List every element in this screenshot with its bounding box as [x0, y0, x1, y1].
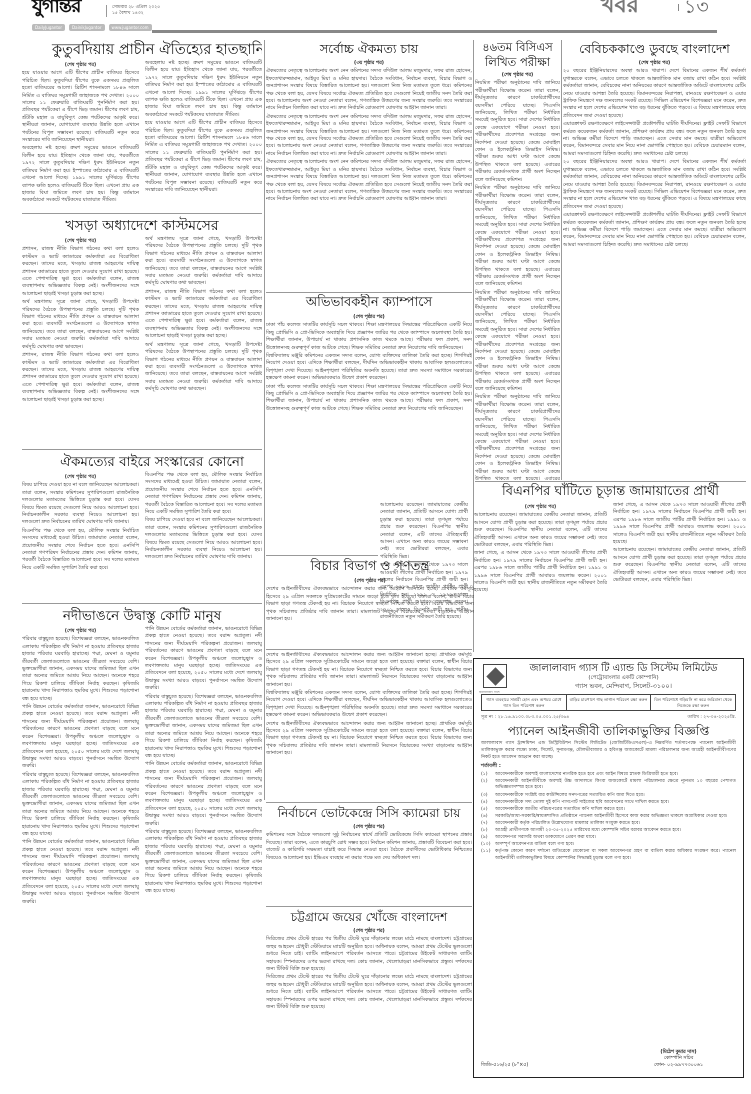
condition-item: (৯)আবেদনপত্র সরাসরি অথবা ডাকযোগে প্রেরণ …	[481, 835, 736, 842]
condition-item: (৪)আবেদনকারীকে সদ্য তোলা দুই কপি পাসপোর্…	[481, 800, 736, 807]
article-headline[interactable]: কুতুবদিয়ায় প্রাচীন ঐতিহ্যের হাতছানি	[22, 40, 262, 60]
article-column: (শেষ পৃষ্ঠার পর) বিষয় চাপিয়ে দেওয়া হব…	[22, 472, 139, 573]
article-kutubdia: কুতুবদিয়ায় প্রাচীন ঐতিহ্যের হাতছানি (শ…	[22, 40, 262, 212]
signature-block: (মিঠেশ কুমার দাস) কোম্পানি সচিব ফোন- ০২-…	[654, 1050, 703, 1070]
slogan: গ্যাস ব্যবহারে সাশ্রয়ী হোন এবং অপচয় রো…	[482, 695, 567, 710]
article-column: ঐকমত্যের নেতৃত্বে আলোচনায় অংশ নেন কমিশন…	[266, 68, 472, 204]
company-address: গ্যাস ভবন, মেন্দিবাগ, সিলেট-৩১০০।	[481, 682, 736, 691]
ad-code: জিডি-৫১৬/২৫ (৮"×৫)	[481, 1062, 528, 1069]
slogan-strip: গ্যাস ব্যবহারে সাশ্রয়ী হোন এবং অপচয় রো…	[481, 694, 736, 711]
jump-line: (শেষ পৃষ্ঠার পর)	[474, 504, 607, 511]
condition-item: (৭)আবেদনকারী কর্তৃক পরিচালিত উল্লেখযোগ্য…	[481, 821, 736, 828]
article-column: জানা গেছে, এ আসন থেকে ১৯৭৩ সালে আওয়ামী …	[613, 502, 746, 623]
jump-line: (শেষ পৃষ্ঠার পর)	[266, 314, 472, 321]
article-highest-consensus: সর্বোচ্চ ঐকমত্য চায় (৩য় পৃষ্ঠার পর) ঐক…	[266, 40, 472, 292]
column-divider	[264, 40, 265, 800]
date-block: সোমবার ২৮ এপ্রিল ২০২৫ ১৫ বৈশাখ ১৪৩২	[106, 5, 160, 17]
article-column: অবহেলায় নষ্ট হচ্ছে। ক্রমশ সমুদ্রের ভাঙন…	[145, 60, 262, 206]
article-judiciary-democracy: বিচার বিভাগ ও গণতন্ত্র (শেষ পৃষ্ঠার পর) …	[266, 558, 474, 648]
logo-caption: জালালাবাদ গ্যাস	[479, 689, 500, 696]
article-divider	[266, 292, 472, 293]
article-column: ঢাকা পাঁচ কলেজ সাতটির কার্যসূচি সচল থাকব…	[266, 322, 472, 413]
jump-line: (শেষ পৃষ্ঠার পর)	[22, 474, 139, 481]
jump-line: (৩য় পৃষ্ঠার পর)	[266, 60, 472, 67]
conditions-list: (১)আবেদনকারীকে অবশ্যই বাংলাদেশের নাগরিক …	[481, 772, 736, 863]
condition-item: (৩)আবেদনকারীকে সংশ্লিষ্ট বার কাউন্সিলের …	[481, 793, 736, 800]
article-headline[interactable]: চট্টগ্রামে জয়ের খোঁজে বাংলাদেশ	[266, 909, 472, 926]
condition-item: (৬)সরকারি/আধা-সরকারি/স্বায়ত্তশাসিত প্রত…	[481, 814, 736, 821]
article-headline[interactable]: বেবিচককাণ্ডে ডুবছে বাংলাদেশ	[563, 40, 746, 58]
header-rule	[152, 30, 717, 33]
article-headline[interactable]: বিএনপির ঘাঁটিতে চূড়ান্ত জামায়াতের প্রা…	[380, 482, 746, 502]
article-column: কমিশনের সঙ্গে বৈঠকে দলগুলো সুষ্ঠু নির্বা…	[266, 832, 472, 862]
jump-line: (শেষ পৃষ্ঠার পর)	[266, 928, 472, 935]
jump-line: (শেষ পৃষ্ঠার পর)	[563, 60, 746, 67]
article-headline[interactable]: সর্বোচ্চ ঐকমত্য চায়	[266, 40, 472, 58]
article-divider	[266, 649, 472, 650]
company-name: জালালাবাদ গ্যাস টি এ্যান্ড ডি সিস্টেম লি…	[481, 663, 736, 675]
article-divider	[22, 449, 262, 450]
article-headline-line-2[interactable]: লিখিত পরীক্ষা	[475, 55, 560, 70]
article-headline[interactable]: নির্বাচনে ভোটকেন্দ্রে সিসি ক্যামেরা চায়	[266, 805, 472, 822]
article-column: (শেষ পৃষ্ঠার পর) আলোচনায় রয়েছেন। জামায…	[474, 502, 607, 623]
company-logo-icon	[483, 664, 507, 688]
article-cctv-polling: নির্বাচনে ভোটকেন্দ্রে সিসি ক্যামেরা চায়…	[266, 805, 472, 905]
article-column: পানি উন্নয়ন বোর্ডের কর্মকর্তারা জানান, …	[145, 626, 262, 907]
gas-company-advertisement[interactable]: জালালাবাদ গ্যাস জালালাবাদ গ্যাস টি এ্যান…	[473, 658, 744, 1078]
column-divider	[561, 40, 562, 480]
article-divider	[266, 802, 472, 803]
condition-item: (১০)অসম্পূর্ণ আবেদনপত্র বাতিল বলে গণ্য হ…	[481, 842, 736, 849]
article-caab-recklessness: বেবিচককাণ্ডে ডুবছে বাংলাদেশ (শেষ পৃষ্ঠার…	[563, 40, 746, 480]
article-chattogram-win: চট্টগ্রামে জয়ের খোঁজে বাংলাদেশ (শেষ পৃষ…	[266, 909, 472, 1089]
memo-date: তারিখ : ২৭-০৪-২০২৫খ্রি.	[688, 714, 736, 721]
article-column: সিরিজের প্রথম টেস্টে হারের পর দ্বিতীয় ট…	[266, 936, 472, 1011]
notice-intro: জালালাবাদ গ্যাস ট্রান্সমিশন এন্ড ডিস্ট্র…	[481, 741, 736, 761]
memo-number: সূত্র নং : ২৮.১৬.৯১০০.০৮৩.০৫.০০১.২৫/৩৬৪	[481, 714, 569, 721]
article-column: বিএনপির পক্ষ থেকে বলা হয়, মৌলিক সংস্কার…	[145, 472, 262, 573]
website-link[interactable]: www.jugantor.com	[109, 24, 152, 31]
article-column: দেশের আইনজীবীদের ঐক্যবদ্ধভাবে আন্দোলন কর…	[266, 586, 474, 623]
article-divider	[266, 555, 378, 556]
parent-company: (পেট্রোবাংলার একটি কোম্পানি)	[481, 675, 736, 682]
date-bengali: ১৫ বৈশাখ ১৪৩২	[112, 11, 160, 17]
condition-item: (৫)আবেদনকারীকে জাতীয় পরিচয়পত্রের সত্যা…	[481, 807, 736, 814]
article-river-erosion: নদীভাঙনে উদ্বাস্তু কোটি মানুষ (শেষ পৃষ্ঠ…	[22, 606, 262, 1086]
article-column: অর্থ মন্ত্রণালয় সূত্রে জানা গেছে, খসড়া…	[145, 236, 262, 405]
jump-line: (শেষ পৃষ্ঠার পর)	[22, 628, 139, 635]
article-column: (শেষ পৃষ্ঠার পর) পরিবার বাস্তুচ্যুত হয়ে…	[22, 626, 139, 907]
condition-item: (১)আবেদনকারীকে অবশ্যই বাংলাদেশের নাগরিক …	[481, 772, 736, 779]
newspaper-logo[interactable]: যুগান্তর	[32, 3, 80, 10]
article-reform-outside-consensus: ঐকমত্যের বাইরে সংস্কারের কোনো (শেষ পৃষ্ঠ…	[22, 452, 262, 602]
twitter-link[interactable]: DailyJugantor	[32, 24, 65, 31]
article-headline[interactable]: অভিভাবকহীন ক্যাম্পাসে	[266, 294, 472, 312]
article-column: দেশের আইনজীবীদের ঐক্যবদ্ধভাবে আন্দোলন কর…	[266, 652, 472, 758]
memo-line: সূত্র নং : ২৮.১৬.৯১০০.০৮৩.০৫.০০১.২৫/৩৬৪ …	[481, 714, 736, 721]
notice-title: প্যানেল আইনজীবী তালিকাভুক্তির বিজ্ঞপ্তি	[481, 723, 736, 739]
condition-item: (৮)আগ্রহী প্রার্থীগণকে আগামী ২০-০৫-২০২৫ …	[481, 828, 736, 835]
article-column: ২০ বছরের ইঞ্জিনিয়ারদের অবস্থা আরও খারাপ…	[563, 68, 746, 249]
article-headline[interactable]: বিচার বিভাগ ও গণতন্ত্র	[266, 558, 474, 576]
social-links: DailyJugantor DainikJugantor www.juganto…	[32, 24, 152, 31]
page-number: ১৩	[678, 4, 709, 11]
jump-line: (শেষ পৃষ্ঠার পর)	[475, 72, 560, 79]
jump-line: (শেষ পৃষ্ঠার পর)	[266, 824, 472, 831]
article-column: (শেষ পৃষ্ঠার পর) প্রশাসন, রাজস্ব নীতি বি…	[22, 236, 139, 405]
article-headline-line-1[interactable]: ৪৬তম বিসিএস	[475, 40, 560, 55]
article-headline[interactable]: ঐকমত্যের বাইরে সংস্কারের কোনো	[22, 452, 262, 472]
conditions-label: শর্তাবলী :	[481, 763, 736, 770]
facebook-link[interactable]: DainikJugantor	[69, 24, 105, 31]
article-divider	[22, 603, 262, 604]
article-draft-ordinance: খসড়া অধ্যাদেশে কাস্টমসের (শেষ পৃষ্ঠার প…	[22, 216, 262, 448]
article-divider	[266, 906, 472, 907]
article-headline[interactable]: খসড়া অধ্যাদেশে কাস্টমসের	[22, 216, 262, 236]
section-name: খবর	[600, 2, 639, 9]
article-divider	[22, 213, 262, 214]
article-headline[interactable]: নদীভাঙনে উদ্বাস্তু কোটি মানুষ	[22, 606, 262, 626]
condition-item: (২)আবেদনকারী আইনজীবীকে অবশ্যই উচ্চ আদালত…	[481, 779, 736, 792]
signer-phone: ফোন- ০২-৯৯৭৭৩০০৬১	[654, 1063, 703, 1070]
masthead: যুগান্তর সোমবার ২৮ এপ্রিল ২০২৫ ১৫ বৈশাখ …	[0, 0, 751, 34]
slogan: বিল পরিশোধে গড়িমসি না করে জরিমানা থেকে …	[651, 695, 735, 710]
jump-line: (শেষ পৃষ্ঠার পর)	[22, 238, 139, 245]
article-guardianless-campus: অভিভাবকহীন ক্যাম্পাসে (শেষ পৃষ্ঠার পর) ঢ…	[266, 294, 472, 506]
article-continuation: দেশের আইনজীবীদের ঐক্যবদ্ধভাবে আন্দোলন কর…	[266, 652, 472, 802]
jump-line: (শেষ পৃষ্ঠার পর)	[22, 62, 139, 69]
slogan: বাড়ির চারপাশে গাছ লাগান পরিবেশ রক্ষা কর…	[567, 695, 652, 710]
article-bcs-exam: ৪৬তম বিসিএস লিখিত পরীক্ষা (শেষ পৃষ্ঠার প…	[475, 40, 560, 480]
article-column: নিয়মিত পরীক্ষা অনুষ্ঠানের দাবি জানিয়ে …	[475, 80, 560, 480]
article-column: (শেষ পৃষ্ঠার পর) হয়ে যাওয়ার আগে এটি দ্…	[22, 60, 139, 206]
jump-line: (শেষ পৃষ্ঠার পর)	[266, 578, 474, 585]
condition-item: (১১)কর্তৃপক্ষ কোনো কারণ দর্শানো ব্যতিরেক…	[481, 849, 736, 862]
